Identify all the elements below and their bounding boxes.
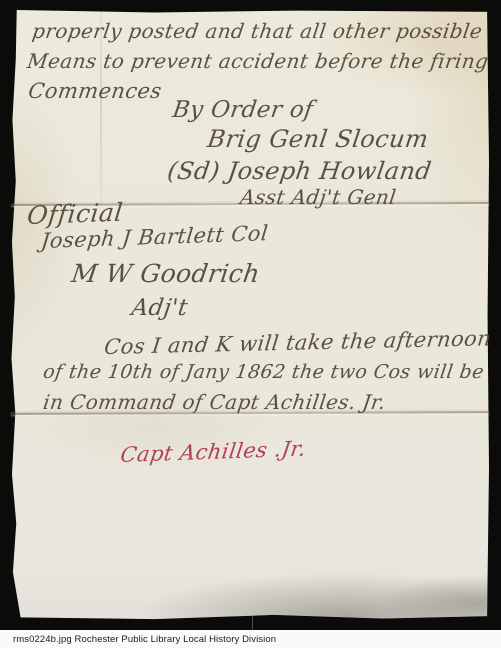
handwritten-line-howland-signature: (Sd) Joseph Howland bbox=[166, 159, 433, 183]
handwritten-line-goodrich-signature: M W Goodrich bbox=[70, 261, 262, 286]
scanned-document-view: properly posted and that all other possi… bbox=[0, 0, 501, 648]
scan-artifact-line bbox=[252, 614, 253, 630]
handwritten-line: properly posted and that all other possi… bbox=[31, 21, 484, 41]
handwritten-line-slocum: Brig Genl Slocum bbox=[206, 127, 430, 151]
handwritten-line: Means to prevent accident before the fir… bbox=[26, 51, 490, 71]
handwritten-line-by-order: By Order of bbox=[171, 99, 315, 122]
handwritten-line-adjt: Adj't bbox=[130, 297, 189, 320]
handwritten-line-adjutant-title: Asst Adj't Genl bbox=[239, 187, 398, 207]
handwritten-line: in Command of Capt Achilles. Jr. bbox=[42, 392, 387, 412]
handwritten-line-official: Official bbox=[26, 200, 124, 228]
archive-caption-text: rms0224b.jpg Rochester Public Library Lo… bbox=[13, 634, 276, 645]
handwritten-line: Commences bbox=[27, 81, 163, 102]
handwritten-line: of the 10th of Jany 1862 the two Cos wil… bbox=[42, 363, 485, 382]
archive-caption-bar: rms0224b.jpg Rochester Public Library Lo… bbox=[0, 630, 501, 648]
